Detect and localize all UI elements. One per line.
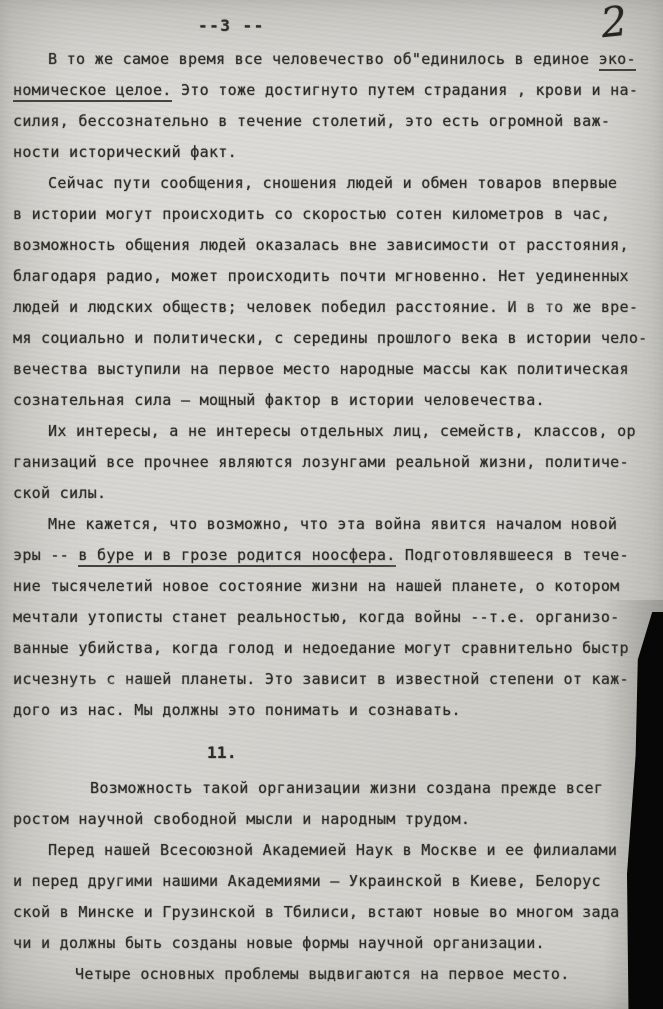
text-segment: ростом научной свободной мысли и народны… — [13, 810, 470, 828]
text-segment: и перед другими нашими Академиями — Укра… — [13, 872, 601, 890]
document-page: --3 -- 2 В то же самое время все человеч… — [0, 0, 663, 1009]
text-segment: дого из нас. Мы должны это понимать и со… — [13, 701, 461, 719]
text-segment: исчезнуть с нашей планеты. Это зависит в… — [13, 670, 629, 688]
text-line: ской в Минске и Грузинской в Тбилиси, вс… — [13, 897, 663, 928]
text-segment: эры -- — [13, 546, 78, 564]
text-line: ние тысячелетий новое состояние жизни на… — [13, 571, 663, 602]
text-line: в истории могут происходить со скоростью… — [13, 199, 663, 230]
text-line: мя социально и политически, с середины п… — [13, 323, 663, 354]
text-line: Их интересы, а не интересы отдельных лиц… — [13, 416, 663, 447]
text-segment: Их интересы, а не интересы отдельных лиц… — [48, 422, 636, 440]
text-line: и перед другими нашими Академиями — Укра… — [13, 866, 663, 897]
text-line: Перед нашей Всесоюзной Академией Наук в … — [13, 835, 663, 866]
underlined-text: номическое целое. — [13, 81, 172, 102]
text-line: Четыре основных проблемы выдвигаются на … — [13, 959, 663, 990]
text-segment: Мне кажется, что возможно, что эта война… — [48, 515, 617, 533]
text-segment: чи и должны быть созданы новые формы нау… — [13, 934, 545, 952]
text-line: сознательная сила — мощный фактор в исто… — [13, 385, 663, 416]
text-line: эры -- в буре и в грозе родится ноосфера… — [13, 540, 663, 571]
text-segment: силия, бессознательно в течение столетий… — [13, 112, 610, 130]
text-line: В то же самое время все человечество об"… — [13, 44, 663, 75]
text-segment: Возможность такой организации жизни созд… — [90, 779, 603, 797]
text-segment: в истории могут происходить со скоростью… — [13, 205, 610, 223]
page-header-marker: --3 -- — [198, 16, 265, 35]
text-line: номическое целое. Это тоже достигнуто пу… — [13, 75, 663, 106]
text-segment: возможность общения людей оказалась вне … — [13, 236, 629, 254]
text-segment: ние тысячелетий новое состояние жизни на… — [13, 577, 620, 595]
text-line: людей и людских обществ; человек победил… — [13, 292, 663, 323]
text-line: ности исторический факт. — [13, 137, 663, 168]
text-line: чи и должны быть созданы новые формы нау… — [13, 928, 663, 959]
text-segment: вечества выступили на первое место народ… — [13, 360, 629, 378]
text-line: мечтали утописты станет реальностью, ког… — [13, 602, 663, 633]
text-segment: сознательная сила — мощный фактор в исто… — [13, 391, 545, 409]
text-segment: ской силы. — [13, 484, 106, 502]
underlined-text: эко- — [599, 50, 636, 71]
text-segment: ности исторический факт. — [13, 143, 237, 161]
text-segment: мечтали утописты станет реальностью, ког… — [13, 608, 620, 626]
text-segment: Сейчас пути сообщения, сношения людей и … — [48, 174, 617, 192]
text-line: ванные убийства, когда голод и недоедани… — [13, 633, 663, 664]
text-segment: Это тоже достигнуто путем страдания , кр… — [172, 81, 639, 99]
text-line: силия, бессознательно в течение столетий… — [13, 106, 663, 137]
underlined-text: в буре и в грозе родится ноосфера. — [78, 546, 395, 567]
text-segment: ганизаций все прочнее являются лозунгами… — [13, 453, 629, 471]
text-segment: Перед нашей Всесоюзной Академией Наук в … — [48, 841, 617, 859]
text-line: возможность общения людей оказалась вне … — [13, 230, 663, 261]
text-segment: ванные убийства, когда голод и недоедани… — [13, 639, 629, 657]
text-segment: мя социально и политически, с середины п… — [13, 329, 648, 347]
handwritten-page-number: 2 — [599, 0, 630, 47]
text-line: ганизаций все прочнее являются лозунгами… — [13, 447, 663, 478]
section-number: 11. — [207, 737, 663, 768]
text-segment: ской в Минске и Грузинской в Тбилиси, вс… — [13, 903, 620, 921]
text-line: Мне кажется, что возможно, что эта война… — [13, 509, 663, 540]
text-line: вечества выступили на первое место народ… — [13, 354, 663, 385]
document-body: В то же самое время все человечество об"… — [13, 44, 663, 990]
text-segment: благодаря радио, может происходить почти… — [13, 267, 629, 285]
text-line: Сейчас пути сообщения, сношения людей и … — [13, 168, 663, 199]
text-segment: людей и людских обществ; человек победил… — [13, 298, 638, 316]
text-segment: Четыре основных проблемы выдвигаются на … — [75, 965, 570, 983]
text-line: ростом научной свободной мысли и народны… — [13, 804, 663, 835]
text-line: ской силы. — [13, 478, 663, 509]
text-line: дого из нас. Мы должны это понимать и со… — [13, 695, 663, 726]
text-line: Возможность такой организации жизни созд… — [13, 773, 663, 804]
text-segment: Подготовлявшееся в тече- — [396, 546, 629, 564]
text-line: благодаря радио, может происходить почти… — [13, 261, 663, 292]
text-line: исчезнуть с нашей планеты. Это зависит в… — [13, 664, 663, 695]
text-segment: В то же самое время все человечество об"… — [48, 50, 599, 68]
